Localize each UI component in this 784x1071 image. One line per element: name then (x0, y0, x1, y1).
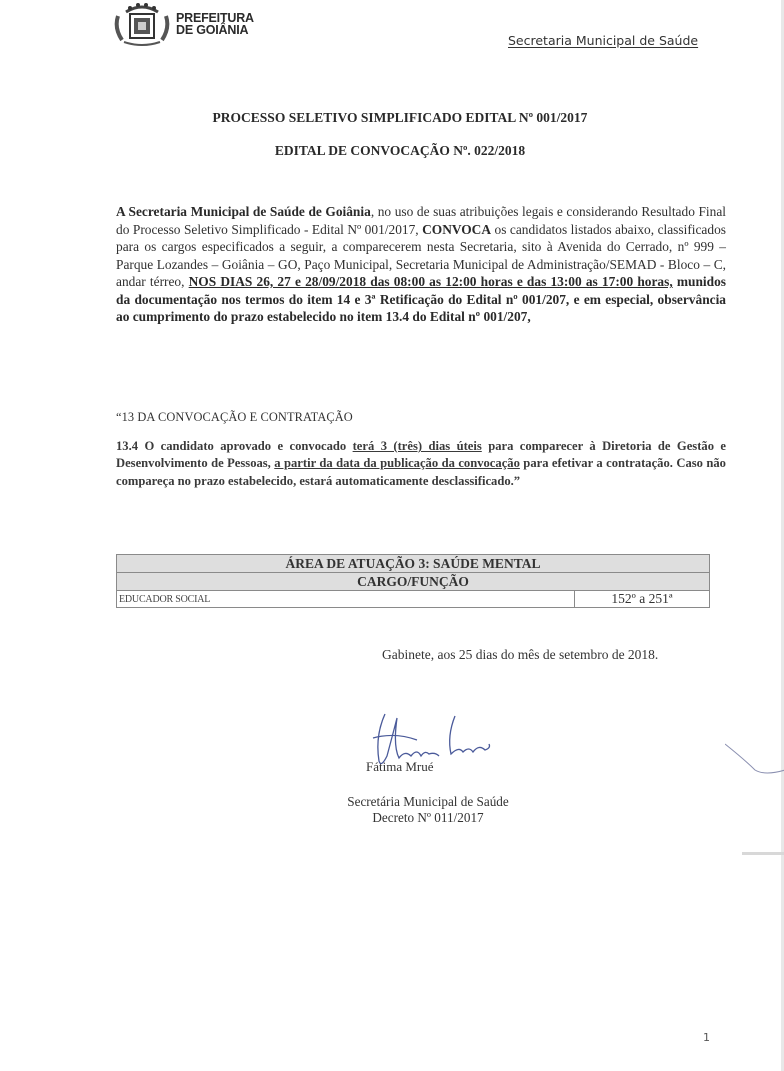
convoca-bold: CONVOCA (422, 222, 491, 237)
role-header: CARGO/FUNÇÃO (117, 573, 710, 591)
area-header: ÁREA DE ATUAÇÃO 3: SAÚDE MENTAL (117, 555, 710, 573)
coat-of-arms-icon (112, 2, 172, 46)
cargo-cell: EDUCADOR SOCIAL (117, 591, 575, 608)
logo-text: PREFEITURA DE GOIÂNIA (176, 12, 254, 36)
department-header: Secretaria Municipal de Saúde (508, 33, 698, 48)
table-row: EDUCADOR SOCIAL 152º a 251ª (117, 591, 710, 608)
signer-role: Secretária Municipal de Saúde (36, 794, 784, 810)
process-title: PROCESSO SELETIVO SIMPLIFICADO EDITAL Nº… (8, 110, 784, 126)
prefeitura-logo: PREFEITURA DE GOIÂNIA (112, 2, 262, 46)
scan-smudge (742, 852, 784, 855)
p2-underline-1: terá 3 (três) dias úteis (353, 439, 482, 453)
dates-hours-underlined: NOS DIAS 26, 27 e 28/09/2018 das 08:00 a… (189, 274, 673, 289)
item-13-4-paragraph: 13.4 O candidato aprovado e convocado te… (116, 438, 726, 490)
page-number: 1 (703, 1031, 710, 1044)
convocation-paragraph: A Secretaria Municipal de Saúde de Goiân… (116, 203, 726, 326)
section-heading: “13 DA CONVOCAÇÃO E CONTRATAÇÃO (116, 410, 353, 425)
signer-name: Fátima Mrué (366, 759, 434, 775)
p2-text-1: 13.4 O candidato aprovado e convocado (116, 439, 353, 453)
classification-cell: 152º a 251ª (575, 591, 710, 608)
positions-table: ÁREA DE ATUAÇÃO 3: SAÚDE MENTAL CARGO/FU… (116, 554, 710, 608)
logo-line-2: DE GOIÂNIA (176, 24, 254, 36)
secretaria-bold: A Secretaria Municipal de Saúde de Goiân… (116, 204, 371, 219)
date-line: Gabinete, aos 25 dias do mês de setembro… (382, 647, 658, 663)
convocation-title: EDITAL DE CONVOCAÇÃO Nº. 022/2018 (8, 143, 784, 159)
scan-mark (725, 740, 784, 780)
decree: Decreto Nº 011/2017 (36, 810, 784, 826)
p2-underline-2: a partir da data da publicação da convoc… (274, 456, 520, 470)
